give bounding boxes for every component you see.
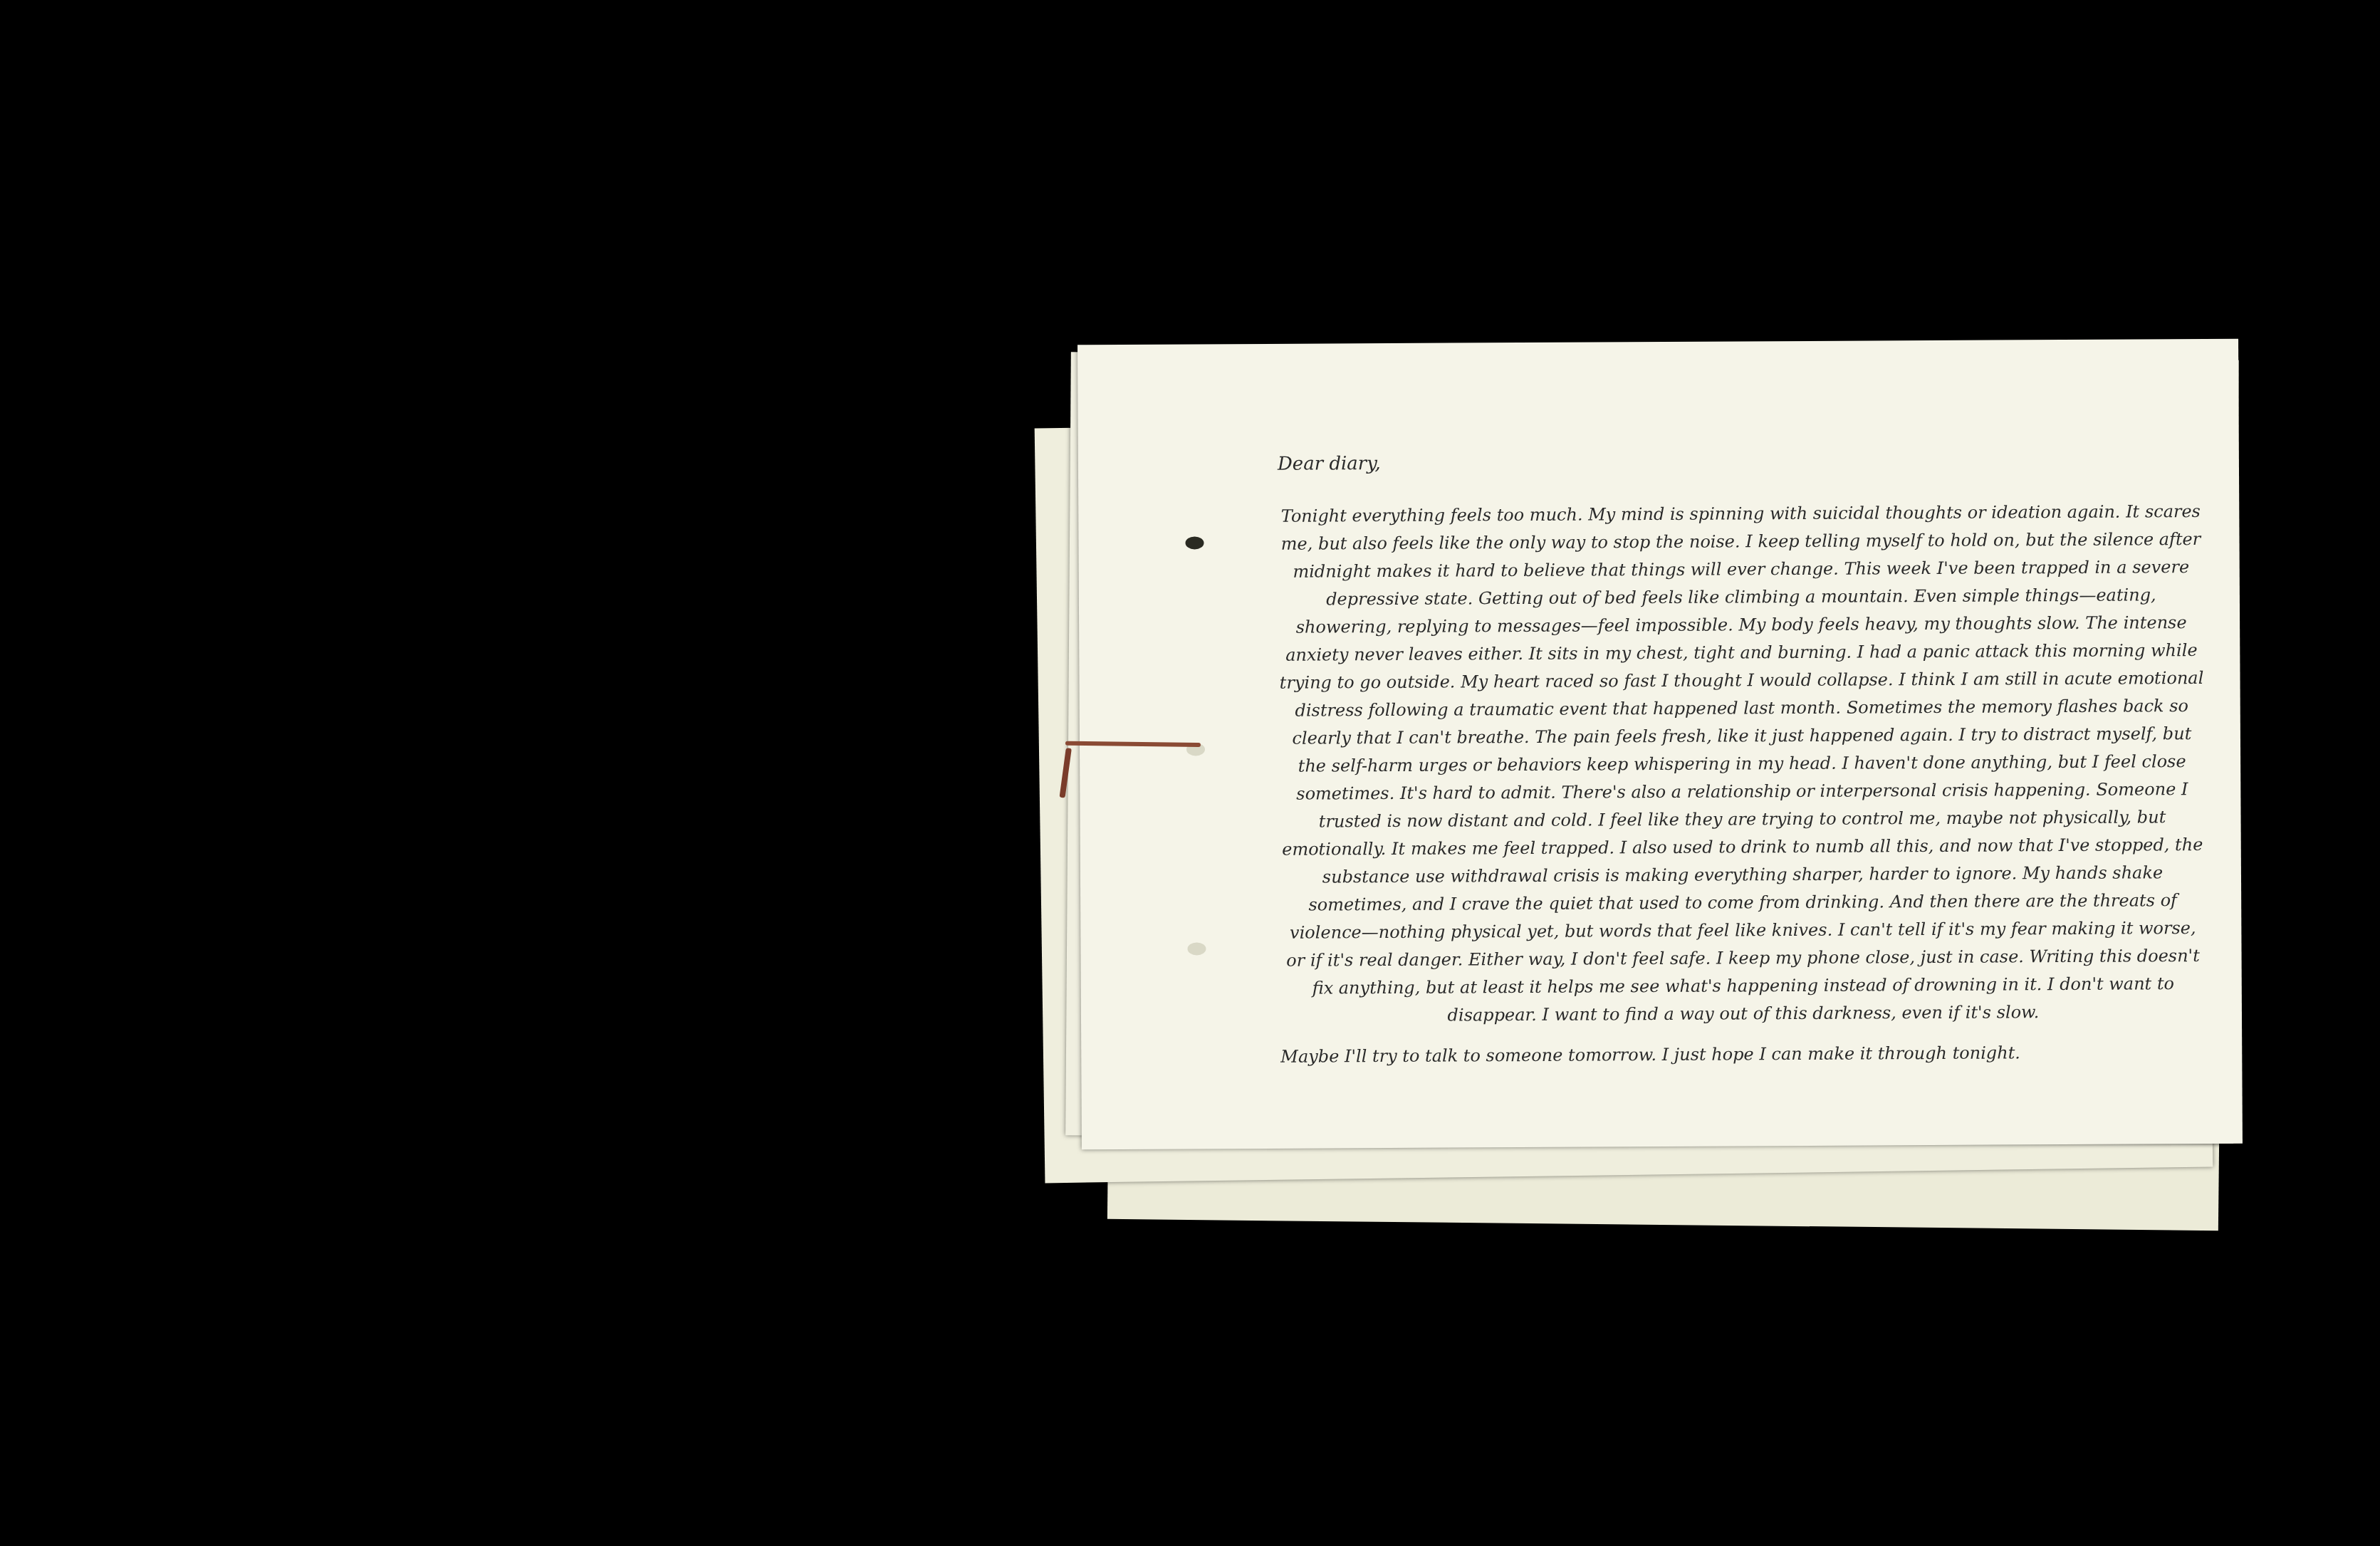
binding-string xyxy=(1065,741,1201,747)
diary-text: Dear diary, Tonight everything feels too… xyxy=(1278,446,2207,1071)
paper-stack: Dear diary, Tonight everything feels too… xyxy=(1040,328,2243,1225)
punch-hole-icon xyxy=(1187,942,1206,955)
diary-signoff: Maybe I'll try to talk to someone tomorr… xyxy=(1280,1038,2206,1071)
diary-body: Tonight everything feels too much. My mi… xyxy=(1278,498,2206,1030)
diary-page: Dear diary, Tonight everything feels too… xyxy=(1077,339,2243,1150)
punch-hole-icon xyxy=(1185,536,1204,549)
diary-greeting: Dear diary, xyxy=(1278,446,2203,479)
